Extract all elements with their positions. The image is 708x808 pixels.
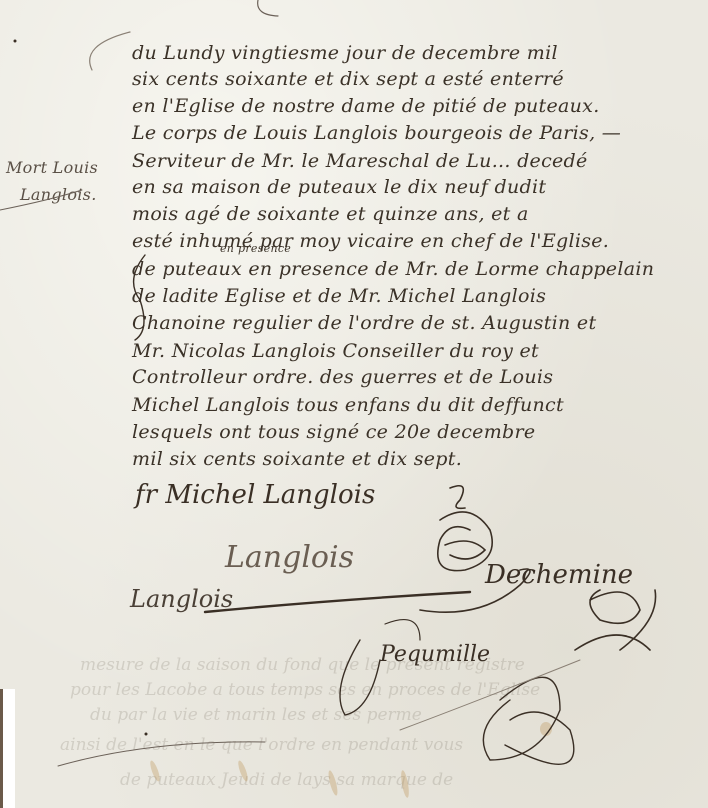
ink-flourishes xyxy=(0,0,708,808)
page-edge-tab xyxy=(0,689,15,808)
manuscript-page: mesure de la saison du fond que le prese… xyxy=(0,0,708,808)
